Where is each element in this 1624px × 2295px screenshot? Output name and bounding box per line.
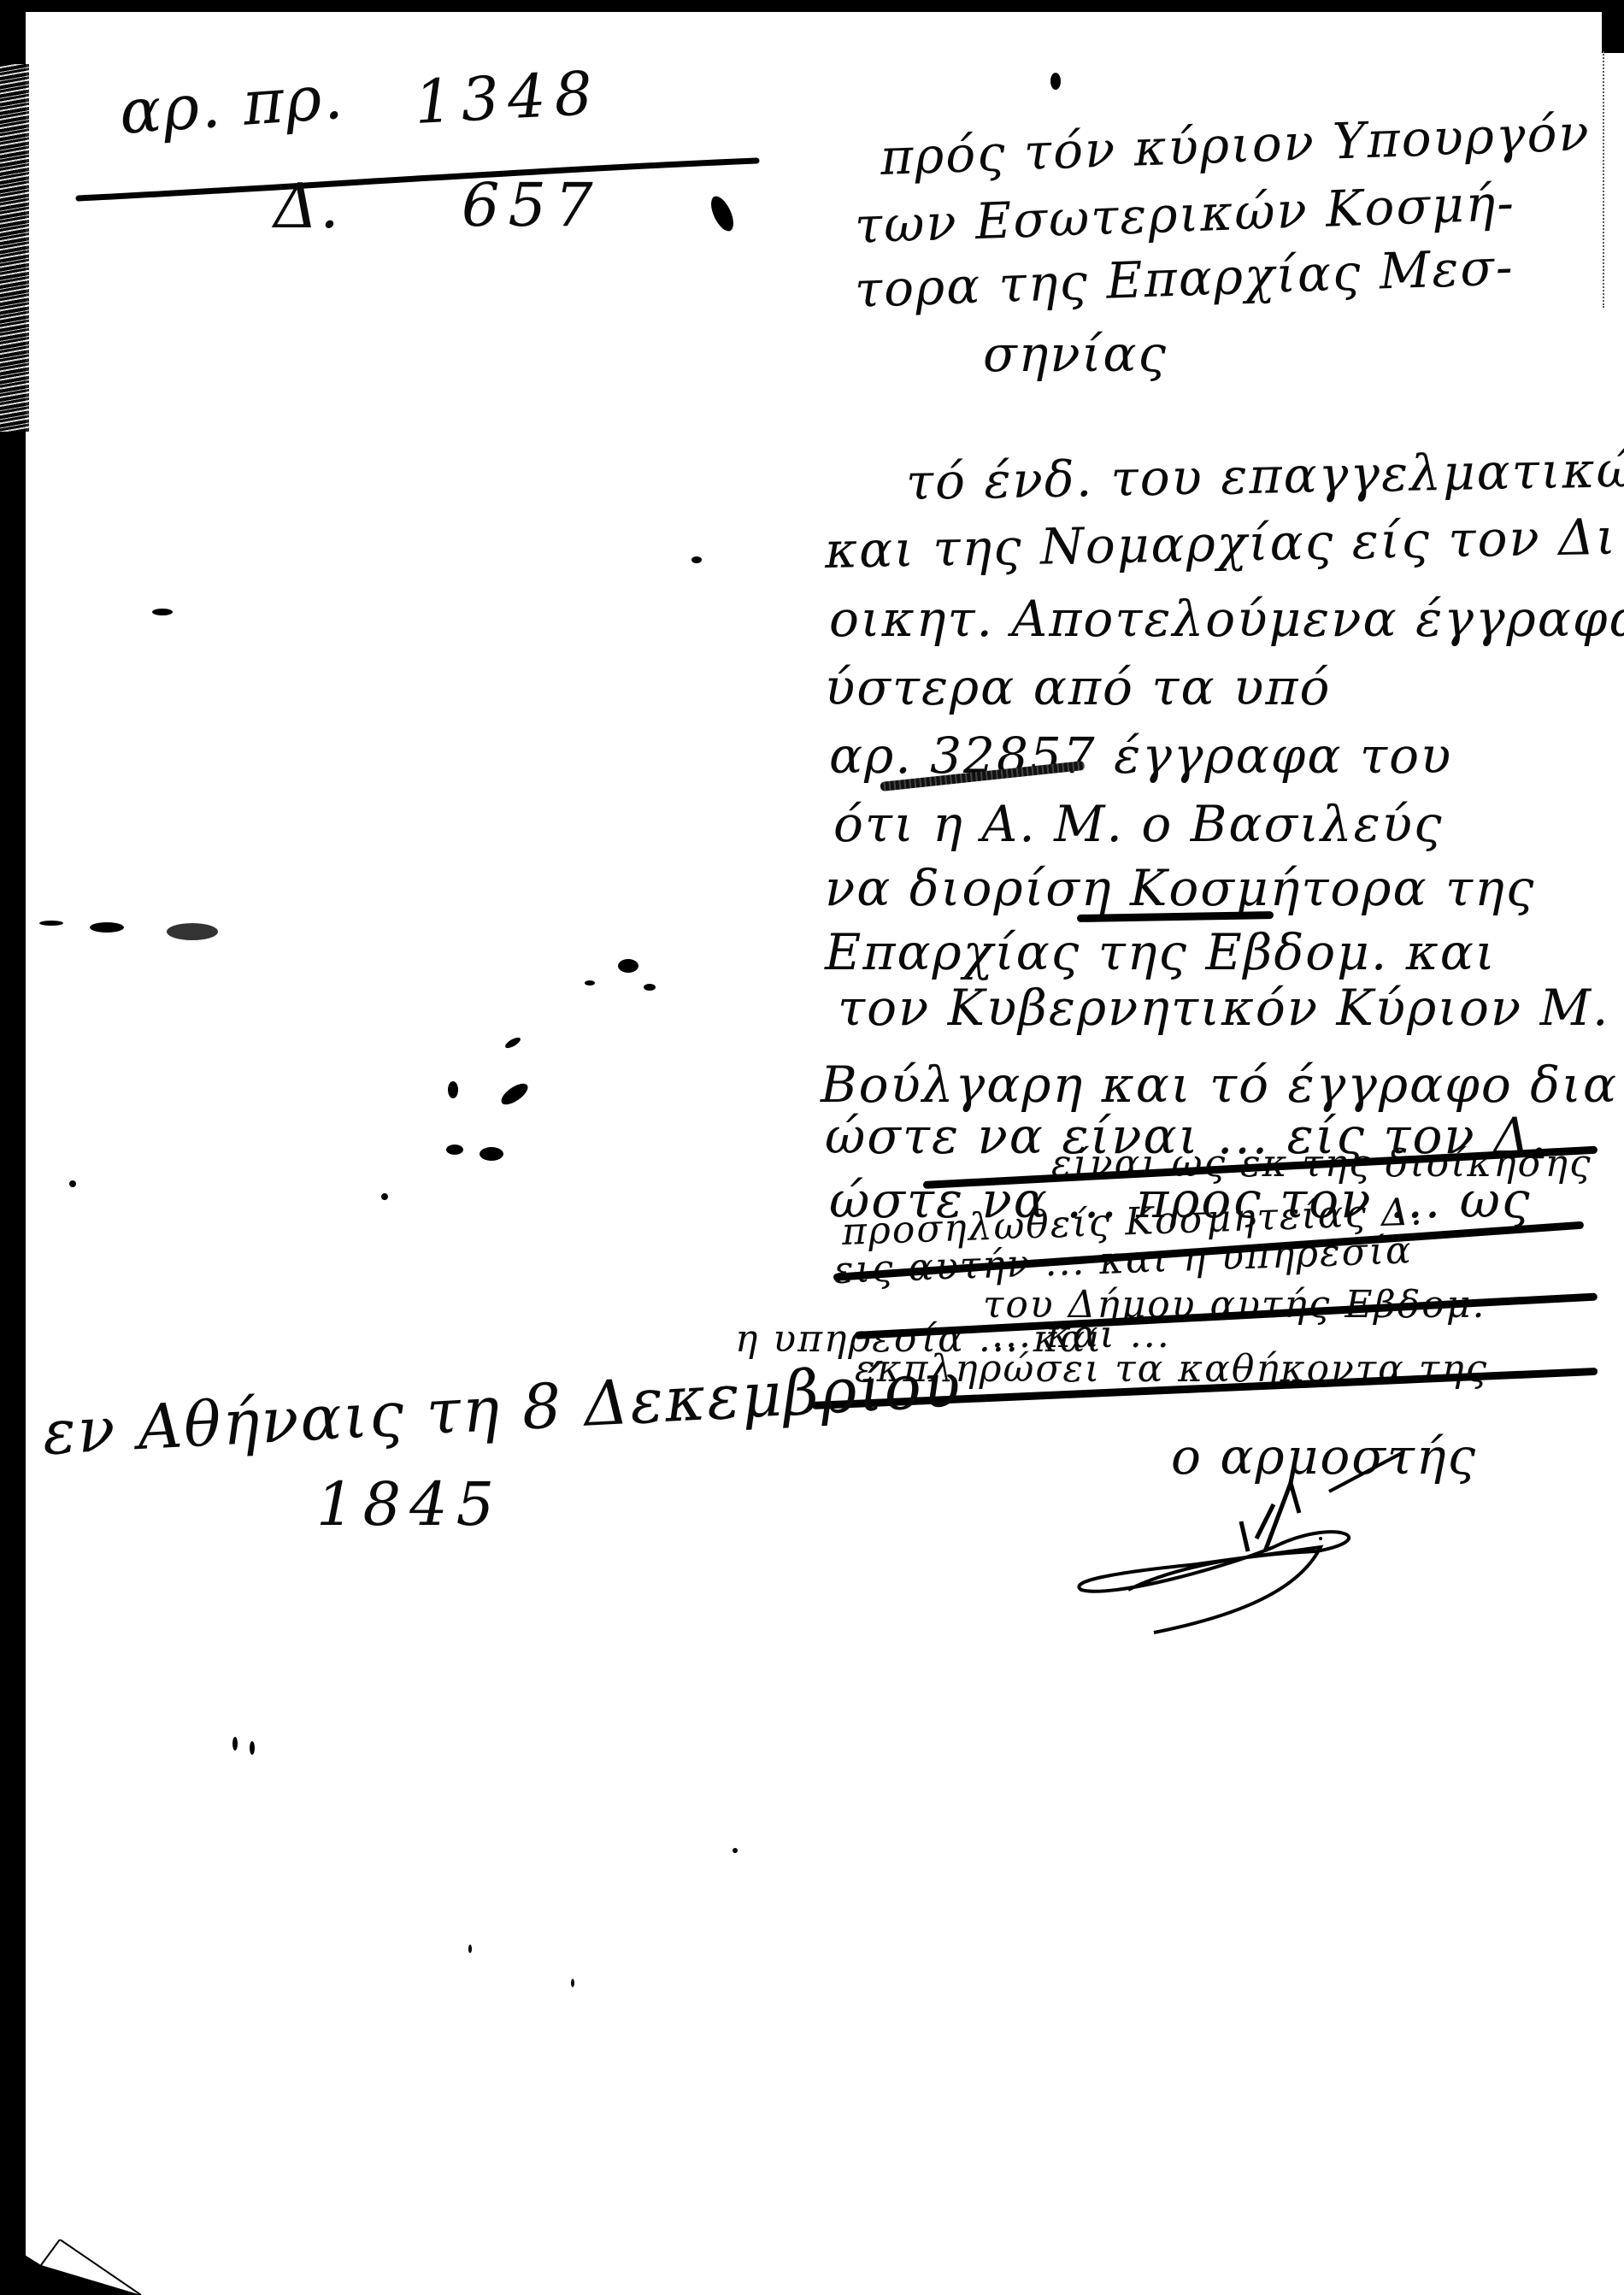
manuscript-page: αρ. πρ. 1348 Δ. 657 πρός τόν κύριον Υπου… bbox=[0, 0, 1624, 2295]
page-corner-fold bbox=[0, 2239, 171, 2295]
signature bbox=[0, 0, 1624, 2295]
